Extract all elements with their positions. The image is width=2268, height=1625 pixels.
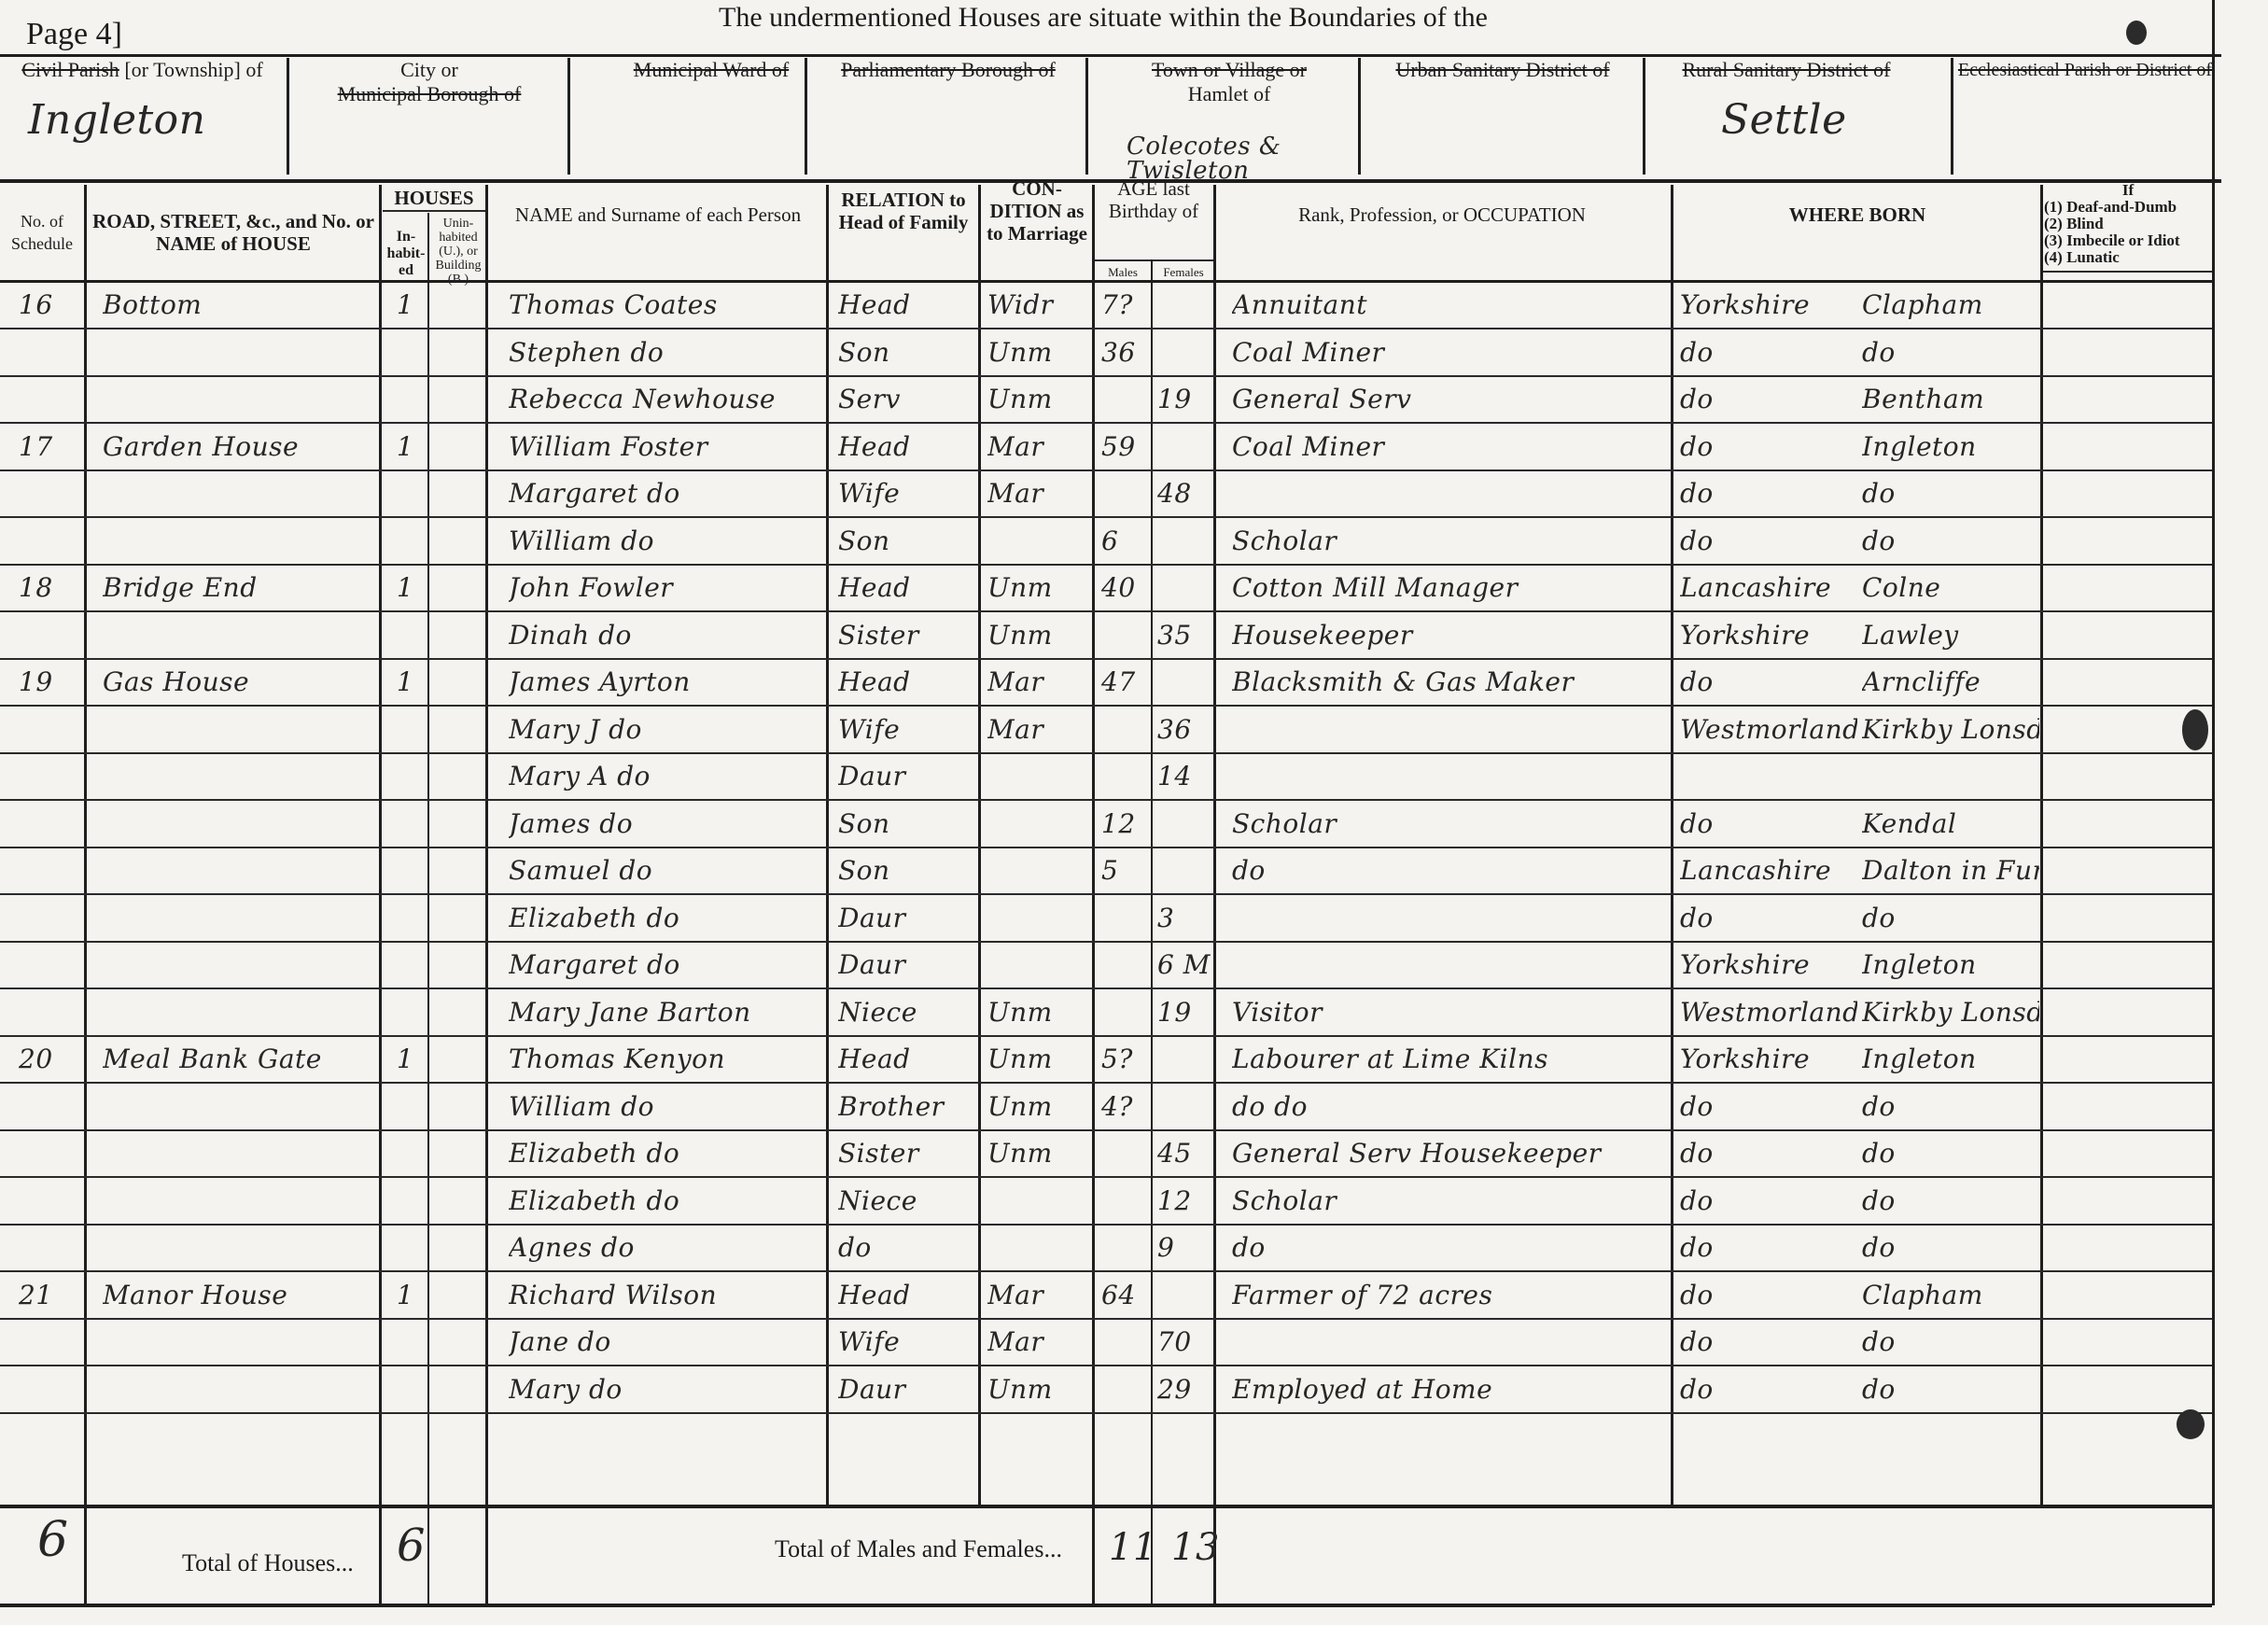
- condition: [987, 895, 1088, 942]
- schedule-number: [19, 848, 84, 894]
- born-place: do: [1862, 1178, 2039, 1225]
- condition: Mar: [987, 424, 1088, 470]
- divider: [805, 58, 807, 175]
- occupation: Employed at Home: [1232, 1366, 1666, 1413]
- born-county: Lancashire: [1680, 565, 1857, 611]
- age-female: 35: [1157, 612, 1211, 659]
- district-rural-sanitary: Rural Sanitary District of Settle: [1646, 58, 1926, 179]
- born-place: Ingleton: [1862, 424, 2039, 470]
- age-male: 59: [1101, 424, 1148, 470]
- born-place: Bentham: [1862, 376, 2039, 423]
- age-male: [1101, 707, 1148, 753]
- occupation: do do: [1232, 1084, 1666, 1130]
- age-female: 6 Mos: [1157, 942, 1211, 988]
- table-row: Mary Jane BartonNieceUnm19VisitorWestmor…: [0, 989, 2212, 1036]
- schedule-number: [19, 1366, 84, 1413]
- condition: Unm: [987, 1130, 1088, 1177]
- inhabited-count: 1: [397, 282, 425, 329]
- age-male: 47: [1101, 659, 1148, 706]
- relation: Head: [838, 424, 973, 470]
- house-name: [103, 376, 373, 423]
- age-male: [1101, 1178, 1148, 1225]
- born-county: Yorkshire: [1680, 282, 1857, 329]
- born-place: do: [1862, 1084, 2039, 1130]
- table-row: Elizabeth doNiece12Scholardodo: [0, 1178, 2212, 1225]
- born-place: Arncliffe: [1862, 659, 2039, 706]
- occupation: Annuitant: [1232, 282, 1666, 329]
- age-male: [1101, 753, 1148, 800]
- divider: [567, 58, 570, 175]
- inhabited-count: 1: [397, 659, 425, 706]
- inhabited-count: 1: [397, 1272, 425, 1319]
- age-female: 12: [1157, 1178, 1211, 1225]
- relation: do: [838, 1225, 973, 1271]
- age-female: 45: [1157, 1130, 1211, 1177]
- born-county: do: [1680, 1225, 1857, 1271]
- col-males: Males: [1094, 261, 1152, 280]
- born-county: do: [1680, 518, 1857, 565]
- age-female: [1157, 424, 1211, 470]
- born-county: do: [1680, 659, 1857, 706]
- schedule-number: [19, 707, 84, 753]
- relation: Son: [838, 518, 973, 565]
- occupation: do: [1232, 848, 1666, 894]
- inhabited-count: [397, 518, 425, 565]
- relation: Daur: [838, 942, 973, 988]
- district-township: Civil Parish [or Township] of Ingleton: [0, 58, 285, 179]
- age-male: 5: [1101, 848, 1148, 894]
- born-place: Ingleton: [1862, 942, 2039, 988]
- person-name: Mary A do: [509, 753, 821, 800]
- occupation: Scholar: [1232, 1178, 1666, 1225]
- house-name: [103, 801, 373, 848]
- condition: [987, 518, 1088, 565]
- occupation: Labourer at Lime Kilns: [1232, 1036, 1666, 1083]
- col-females: Females: [1154, 261, 1213, 280]
- relation: Niece: [838, 1178, 973, 1225]
- person-name: Samuel do: [509, 848, 821, 894]
- house-name: Bottom: [103, 282, 373, 329]
- age-female: 19: [1157, 376, 1211, 423]
- born-county: Westmorland: [1680, 707, 1857, 753]
- age-male: [1101, 1225, 1148, 1271]
- schedule-number: [19, 753, 84, 800]
- age-female: [1157, 518, 1211, 565]
- age-male: 64: [1101, 1272, 1148, 1319]
- occupation: General Serv Housekeeper: [1232, 1130, 1666, 1177]
- district-city: City or Municipal Borough of: [289, 58, 569, 179]
- relation: Son: [838, 329, 973, 376]
- divider: [0, 54, 2221, 57]
- condition: [987, 942, 1088, 988]
- born-place: Lawley: [1862, 612, 2039, 659]
- age-male: [1101, 1130, 1148, 1177]
- person-name: Margaret do: [509, 942, 821, 988]
- occupation: Coal Miner: [1232, 329, 1666, 376]
- table-row: 17Garden House1William FosterHeadMar59Co…: [0, 424, 2212, 470]
- born-place: do: [1862, 518, 2039, 565]
- age-female: [1157, 565, 1211, 611]
- district-urban-sanitary: Urban Sanitary District of: [1363, 58, 1643, 179]
- col-age: AGE last Birthday of: [1094, 177, 1213, 243]
- inhabited-count: [397, 801, 425, 848]
- relation: Brother: [838, 1084, 973, 1130]
- relation: Serv: [838, 376, 973, 423]
- schedule-number: [19, 470, 84, 517]
- house-name: [103, 848, 373, 894]
- age-male: 4?: [1101, 1084, 1148, 1130]
- schedule-number: [19, 376, 84, 423]
- relation: Daur: [838, 1366, 973, 1413]
- age-male: [1101, 1366, 1148, 1413]
- person-name: Elizabeth do: [509, 1178, 821, 1225]
- house-name: Gas House: [103, 659, 373, 706]
- born-place: Dalton in Furness: [1862, 848, 2039, 894]
- occupation: General Serv: [1232, 376, 1666, 423]
- inhabited-count: [397, 1178, 425, 1225]
- relation: Head: [838, 565, 973, 611]
- born-place: Kirkby Lonsdale: [1862, 707, 2039, 753]
- born-place: Clapham: [1862, 282, 2039, 329]
- born-county: Lancashire: [1680, 848, 1857, 894]
- occupation: do: [1232, 1225, 1666, 1271]
- inhabited-count: [397, 942, 425, 988]
- house-name: [103, 753, 373, 800]
- inhabited-count: [397, 612, 425, 659]
- table-row: 20Meal Bank Gate1Thomas KenyonHeadUnm5?L…: [0, 1036, 2212, 1083]
- born-county: do: [1680, 895, 1857, 942]
- inhabited-count: [397, 329, 425, 376]
- occupation: [1232, 942, 1666, 988]
- house-name: [103, 1319, 373, 1366]
- born-place: Ingleton: [1862, 1036, 2039, 1083]
- table-row: 21Manor House1Richard WilsonHeadMar64Far…: [0, 1272, 2212, 1319]
- house-name: [103, 707, 373, 753]
- inhabited-count: [397, 1225, 425, 1271]
- table-row: Rebecca NewhouseServUnm19General ServdoB…: [0, 376, 2212, 423]
- born-county: do: [1680, 376, 1857, 423]
- inhabited-count: [397, 1130, 425, 1177]
- schedule-number: [19, 1178, 84, 1225]
- relation: Daur: [838, 895, 973, 942]
- table-row: Agnes dodo9dododo: [0, 1225, 2212, 1271]
- occupation: [1232, 1319, 1666, 1366]
- relation: Niece: [838, 989, 973, 1036]
- schedule-number: [19, 1225, 84, 1271]
- occupation: [1232, 470, 1666, 517]
- table-row: William doBrotherUnm4?do dododo: [0, 1084, 2212, 1130]
- condition: Mar: [987, 1272, 1088, 1319]
- relation: Son: [838, 801, 973, 848]
- total-houses-label: Total of Houses...: [182, 1549, 354, 1577]
- age-female: 48: [1157, 470, 1211, 517]
- age-male: [1101, 1319, 1148, 1366]
- divider: [0, 1505, 2212, 1508]
- born-place: Colne: [1862, 565, 2039, 611]
- person-name: John Fowler: [509, 565, 821, 611]
- born-county: [1680, 753, 1857, 800]
- relation: Sister: [838, 1130, 973, 1177]
- person-name: Jane do: [509, 1319, 821, 1366]
- inhabited-count: 1: [397, 424, 425, 470]
- relation: Head: [838, 1272, 973, 1319]
- house-name: Bridge End: [103, 565, 373, 611]
- born-county: do: [1680, 801, 1857, 848]
- table-row: James doSon12ScholardoKendal: [0, 801, 2212, 848]
- born-place: do: [1862, 1319, 2039, 1366]
- person-name: James do: [509, 801, 821, 848]
- inhabited-count: [397, 753, 425, 800]
- occupation: Farmer of 72 acres: [1232, 1272, 1666, 1319]
- condition: [987, 848, 1088, 894]
- person-name: William Foster: [509, 424, 821, 470]
- person-name: Agnes do: [509, 1225, 821, 1271]
- condition: [987, 1225, 1088, 1271]
- total-houses-value: 6: [397, 1520, 426, 1572]
- inhabited-count: [397, 1084, 425, 1130]
- schedule-number: 16: [19, 282, 84, 329]
- total-females: 13: [1171, 1526, 1220, 1569]
- condition: Unm: [987, 1036, 1088, 1083]
- age-male: [1101, 470, 1148, 517]
- district-parliamentary-borough: Parliamentary Borough of: [808, 58, 1088, 179]
- person-name: Rebecca Newhouse: [509, 376, 821, 423]
- divider: [1358, 58, 1361, 175]
- age-female: 19: [1157, 989, 1211, 1036]
- total-schedules: 6: [37, 1512, 69, 1568]
- age-male: 6: [1101, 518, 1148, 565]
- person-name: Margaret do: [509, 470, 821, 517]
- condition: Mar: [987, 707, 1088, 753]
- house-name: [103, 612, 373, 659]
- table-row: Mary doDaurUnm29Employed at Homedodo: [0, 1366, 2212, 1413]
- house-name: [103, 942, 373, 988]
- born-place: Kendal: [1862, 801, 2039, 848]
- house-name: [103, 1178, 373, 1225]
- age-female: 70: [1157, 1319, 1211, 1366]
- divider: [1951, 58, 1953, 175]
- house-name: [103, 329, 373, 376]
- table-row: Margaret doDaur6 MosYorkshireIngleton: [0, 942, 2212, 988]
- ink-blot: [2126, 21, 2147, 45]
- age-male: [1101, 612, 1148, 659]
- born-county: do: [1680, 329, 1857, 376]
- total-persons-label: Total of Males and Females...: [775, 1535, 1062, 1563]
- age-male: [1101, 942, 1148, 988]
- ink-blot: [2182, 709, 2208, 750]
- relation: Wife: [838, 707, 973, 753]
- occupation: [1232, 895, 1666, 942]
- occupation: Visitor: [1232, 989, 1666, 1036]
- schedule-number: [19, 801, 84, 848]
- person-name: Mary Jane Barton: [509, 989, 821, 1036]
- township-value: Ingleton: [0, 108, 285, 133]
- inhabited-count: [397, 989, 425, 1036]
- divider: [1085, 58, 1088, 175]
- born-place: do: [1862, 1225, 2039, 1271]
- condition: [987, 801, 1088, 848]
- age-female: [1157, 659, 1211, 706]
- relation: Head: [838, 1036, 973, 1083]
- born-county: do: [1680, 424, 1857, 470]
- inhabited-count: 1: [397, 565, 425, 611]
- born-place: do: [1862, 1130, 2039, 1177]
- condition: Unm: [987, 612, 1088, 659]
- schedule-number: [19, 1084, 84, 1130]
- schedule-number: 19: [19, 659, 84, 706]
- page-title: The undermentioned Houses are situate wi…: [719, 2, 1488, 34]
- born-county: do: [1680, 1130, 1857, 1177]
- age-male: 12: [1101, 801, 1148, 848]
- age-female: [1157, 329, 1211, 376]
- relation: Head: [838, 659, 973, 706]
- col-infirmity: If (1) Deaf-and-Dumb (2) Blind (3) Imbec…: [2044, 182, 2212, 272]
- district-hamlet: Town or Village or Hamlet of Colecotes &…: [1089, 58, 1369, 179]
- condition: Mar: [987, 659, 1088, 706]
- age-female: 9: [1157, 1225, 1211, 1271]
- table-row: Margaret doWifeMar48dodo: [0, 470, 2212, 517]
- condition: Unm: [987, 989, 1088, 1036]
- ink-blot: [2177, 1409, 2205, 1439]
- born-county: do: [1680, 1366, 1857, 1413]
- occupation: Scholar: [1232, 801, 1666, 848]
- age-female: [1157, 282, 1211, 329]
- schedule-number: [19, 329, 84, 376]
- schedule-number: [19, 518, 84, 565]
- house-name: Meal Bank Gate: [103, 1036, 373, 1083]
- table-row: Elizabeth doSisterUnm45General Serv Hous…: [0, 1130, 2212, 1177]
- house-name: [103, 1366, 373, 1413]
- occupation: Blacksmith & Gas Maker: [1232, 659, 1666, 706]
- schedule-number: 21: [19, 1272, 84, 1319]
- inhabited-count: [397, 707, 425, 753]
- person-name: William do: [509, 1084, 821, 1130]
- schedule-number: [19, 989, 84, 1036]
- person-name: Elizabeth do: [509, 1130, 821, 1177]
- inhabited-count: [397, 376, 425, 423]
- table-row: Dinah doSisterUnm35HousekeeperYorkshireL…: [0, 612, 2212, 659]
- condition: Mar: [987, 470, 1088, 517]
- born-county: do: [1680, 1319, 1857, 1366]
- age-female: 3: [1157, 895, 1211, 942]
- born-place: Kirkby Lonsdale: [1862, 989, 2039, 1036]
- born-place: do: [1862, 895, 2039, 942]
- page-number: Page 4]: [26, 17, 122, 52]
- person-name: Thomas Coates: [509, 282, 821, 329]
- house-name: [103, 989, 373, 1036]
- house-name: Manor House: [103, 1272, 373, 1319]
- divider: [2212, 0, 2215, 1605]
- house-name: [103, 470, 373, 517]
- occupation: Housekeeper: [1232, 612, 1666, 659]
- condition: Unm: [987, 1084, 1088, 1130]
- born-county: Yorkshire: [1680, 612, 1857, 659]
- table-row: Elizabeth doDaur3dodo: [0, 895, 2212, 942]
- relation: Son: [838, 848, 973, 894]
- born-place: Clapham: [1862, 1272, 2039, 1319]
- col-relation: RELATION to Head of Family: [829, 189, 978, 278]
- condition: Mar: [987, 1319, 1088, 1366]
- condition: Unm: [987, 376, 1088, 423]
- schedule-number: [19, 942, 84, 988]
- house-name: Garden House: [103, 424, 373, 470]
- house-name: [103, 1225, 373, 1271]
- age-female: [1157, 1036, 1211, 1083]
- person-name: Mary J do: [509, 707, 821, 753]
- age-female: [1157, 1084, 1211, 1130]
- table-row: 16Bottom1Thomas CoatesHeadWidr7?Annuitan…: [0, 282, 2212, 329]
- occupation: Scholar: [1232, 518, 1666, 565]
- person-name: James Ayrton: [509, 659, 821, 706]
- person-name: Dinah do: [509, 612, 821, 659]
- person-name: Mary do: [509, 1366, 821, 1413]
- age-male: [1101, 895, 1148, 942]
- relation: Daur: [838, 753, 973, 800]
- born-county: do: [1680, 1272, 1857, 1319]
- person-name: Elizabeth do: [509, 895, 821, 942]
- person-name: Richard Wilson: [509, 1272, 821, 1319]
- age-female: [1157, 801, 1211, 848]
- rural-sanitary-value: Settle: [1646, 108, 1926, 133]
- row-divider: [0, 1412, 2212, 1414]
- born-county: Yorkshire: [1680, 942, 1857, 988]
- occupation: Coal Miner: [1232, 424, 1666, 470]
- house-name: [103, 518, 373, 565]
- condition: [987, 753, 1088, 800]
- age-male: [1101, 376, 1148, 423]
- person-name: Stephen do: [509, 329, 821, 376]
- col-condition: CON-DITION as to Marriage: [982, 177, 1092, 267]
- table-row: Mary J doWifeMar36WestmorlandKirkby Lons…: [0, 707, 2212, 753]
- age-male: [1101, 989, 1148, 1036]
- condition: Widr: [987, 282, 1088, 329]
- district-ecclesiastical: Ecclesiastical Parish or District of: [1954, 58, 2216, 179]
- born-county: do: [1680, 1178, 1857, 1225]
- inhabited-count: [397, 1319, 425, 1366]
- person-name: William do: [509, 518, 821, 565]
- schedule-number: [19, 1130, 84, 1177]
- total-males: 11: [1109, 1526, 1157, 1569]
- hamlet-value: Colecotes & Twisleton: [1089, 134, 1369, 183]
- age-male: 5?: [1101, 1036, 1148, 1083]
- table-row: 19Gas House1James AyrtonHeadMar47Blacksm…: [0, 659, 2212, 706]
- relation: Wife: [838, 1319, 973, 1366]
- table-row: Jane doWifeMar70dodo: [0, 1319, 2212, 1366]
- age-female: 14: [1157, 753, 1211, 800]
- age-male: 40: [1101, 565, 1148, 611]
- inhabited-count: [397, 470, 425, 517]
- age-female: 36: [1157, 707, 1211, 753]
- born-place: do: [1862, 1366, 2039, 1413]
- condition: Unm: [987, 565, 1088, 611]
- born-county: Westmorland: [1680, 989, 1857, 1036]
- age-male: 7?: [1101, 282, 1148, 329]
- table-row: Stephen doSonUnm36Coal Minerdodo: [0, 329, 2212, 376]
- schedule-number: 18: [19, 565, 84, 611]
- born-county: Yorkshire: [1680, 1036, 1857, 1083]
- occupation: [1232, 707, 1666, 753]
- age-female: [1157, 848, 1211, 894]
- born-county: do: [1680, 1084, 1857, 1130]
- age-female: 29: [1157, 1366, 1211, 1413]
- born-county: do: [1680, 470, 1857, 517]
- divider: [2042, 271, 2212, 273]
- inhabited-count: [397, 895, 425, 942]
- condition: Unm: [987, 329, 1088, 376]
- inhabited-count: [397, 1366, 425, 1413]
- born-place: do: [1862, 329, 2039, 376]
- table-row: 18Bridge End1John FowlerHeadUnm40Cotton …: [0, 565, 2212, 611]
